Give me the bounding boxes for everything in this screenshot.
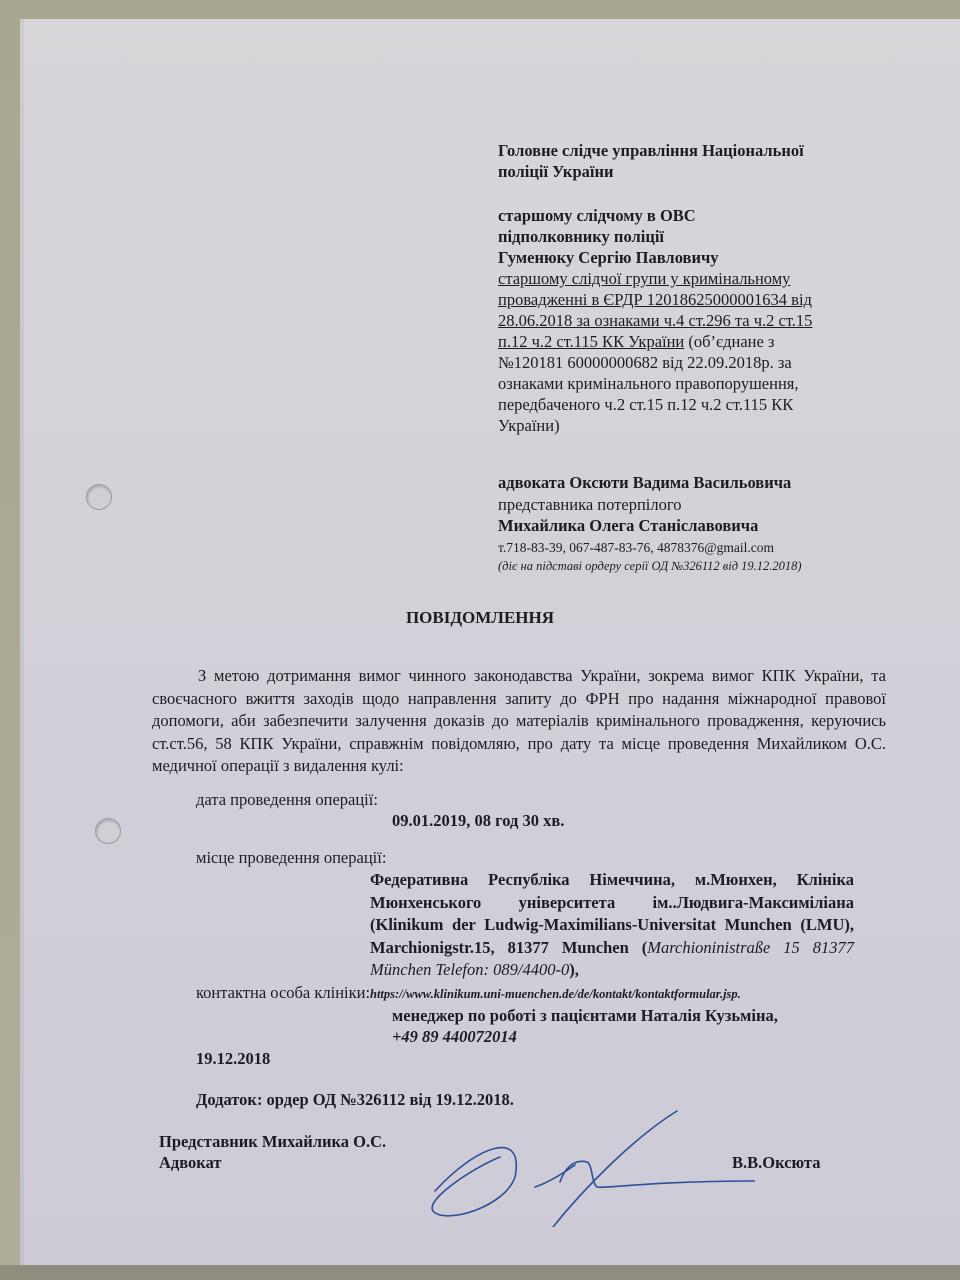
recipient-name: Гуменюку Сергію Павловичу <box>498 247 848 268</box>
place-value: Федеративна Республіка Німеччина, м.Мюнх… <box>370 869 854 1005</box>
recipient-case-line: України) <box>498 415 848 436</box>
document-date: 19.12.2018 <box>196 1048 270 1069</box>
recipient-case-underlined: п.12 ч.2 ст.115 КК України <box>498 332 684 351</box>
date-value: 09.01.2019, 08 год 30 хв. <box>392 810 564 831</box>
recipient-position-line1: старшому слідчому в ОВС <box>498 205 848 226</box>
contact-label: контактна особа клініки: <box>196 982 370 1003</box>
sender-client: Михайлика Олега Станіславовича <box>498 515 848 536</box>
recipient-case-line: п.12 ч.2 ст.115 КК України (об’єднане з <box>498 331 848 352</box>
contact-phone: +49 89 440072014 <box>392 1026 517 1047</box>
document-page: Головне слідче управління Національної п… <box>20 19 960 1265</box>
recipient-org-line1: Головне слідче управління Національної <box>498 140 848 161</box>
recipient-case-line: 28.06.2018 за ознаками ч.4 ст.296 та ч.2… <box>498 310 848 331</box>
punch-hole <box>86 484 112 510</box>
recipient-position-line2: підполковнику поліції <box>498 226 848 247</box>
place-label: місце проведення операції: <box>196 847 386 868</box>
table-surface <box>0 1265 960 1280</box>
handwritten-signature <box>415 1107 755 1227</box>
clinic-url: https://www.klinikum.uni-muenchen.de/de/… <box>370 987 741 1001</box>
sender-role: представника потерпілого <box>498 494 848 515</box>
place-close: ), <box>569 960 579 979</box>
recipient-case-line: №120181 60000000682 від 22.09.2018р. за <box>498 352 848 373</box>
recipient-case-rest: (об’єднане з <box>684 332 774 351</box>
date-label: дата проведення операції: <box>196 789 378 810</box>
recipient-case-line: провадженні в ЄРДР 12018625000001634 від <box>498 289 848 310</box>
recipient-case-line: ознаками кримінального правопорушення, <box>498 373 848 394</box>
representative-line2: Адвокат <box>159 1152 222 1173</box>
recipient-case-line: передбаченого ч.2 ст.15 п.12 ч.2 ст.115 … <box>498 394 848 415</box>
sender-basis: (діє на підставі ордеру серії ОД №326112… <box>498 556 848 577</box>
contact-value: менеджер по роботі з пацієнтами Наталія … <box>392 1005 778 1026</box>
notice-body: З метою дотримання вимог чинного законод… <box>152 665 886 778</box>
punch-hole <box>95 818 121 844</box>
representative-line1: Представник Михайлика О.С. <box>159 1131 386 1152</box>
recipient-case-line: старшому слідчої групи у кримінальному <box>498 268 848 289</box>
recipient-org-line2: поліції України <box>498 161 848 182</box>
sender-lawyer: адвоката Оксюти Вадима Васильовича <box>498 472 848 493</box>
sender-contacts: т.718-83-39, 067-487-83-76, 4878376@gmai… <box>498 537 848 558</box>
document-title: ПОВІДОМЛЕННЯ <box>20 607 940 628</box>
